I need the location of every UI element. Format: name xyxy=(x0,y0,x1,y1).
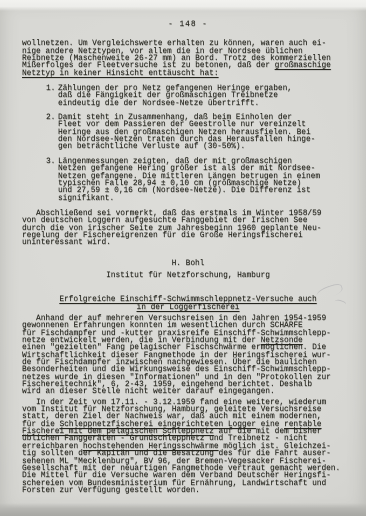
list-item-text: Längenmessungen zeigten, daß der mit gro… xyxy=(58,159,320,203)
section-heading-line-2: in der Loggerfischerei xyxy=(22,305,354,312)
paragraph-b: In der Zeit vom 17.11. - 3.12.1959 fand … xyxy=(22,400,354,495)
text-line: eindeutig die der Nordsee-Netze übertrif… xyxy=(58,101,292,108)
text-line: signifikant. xyxy=(58,196,320,203)
text-line: Forsten zur Verfügung gestellt worden. xyxy=(22,488,354,495)
text-line: uninteressant wird. xyxy=(22,240,354,247)
text-line: gen beträchtliche Verluste auf (30-50%). xyxy=(58,144,315,151)
paragraph-intro: wollnetzen. Um Vergleichswerte erhalten … xyxy=(22,41,354,78)
list-item-1: 1. Zählungen der pro Netz gefangenen Her… xyxy=(46,86,354,108)
section-heading: Erfolgreiche Einschiff-Schwimmschleppnet… xyxy=(22,297,354,312)
scan-bottom-edge xyxy=(0,503,366,516)
text-line: Netztyp in keiner Hinsicht enttäuscht ha… xyxy=(22,71,354,78)
text-line: wird an dieser Stelle nicht weiter darau… xyxy=(22,389,354,396)
paragraph-closing: Abschließend sei vormerkt, daß das erstm… xyxy=(22,211,354,248)
page-number: - 148 - xyxy=(22,22,354,29)
scanned-document-page: - 148 - wollnetzen. Um Vergleichswerte e… xyxy=(0,0,366,516)
list-item-text: Damit steht in Zusammenhang, daß beim Ei… xyxy=(58,115,315,152)
paragraph-a: Anhand der auf mehreren Versuchsreisen i… xyxy=(22,316,354,397)
list-item-number: 1. xyxy=(46,86,58,108)
signature-name: H. Bohl xyxy=(22,261,354,268)
signature-affiliation: Institut für Netzforschung, Hamburg xyxy=(22,273,354,280)
list-item-3: 3. Längenmessungen zeigten, daß der mit … xyxy=(46,159,354,203)
list-item-number: 2. xyxy=(46,115,58,152)
list-item-number: 3. xyxy=(46,159,58,203)
list-item-text: Zählungen der pro Netz gefangenen Hering… xyxy=(58,86,292,108)
list-item-2: 2. Damit steht in Zusammenhang, daß beim… xyxy=(46,115,354,152)
scan-top-edge xyxy=(0,0,366,11)
